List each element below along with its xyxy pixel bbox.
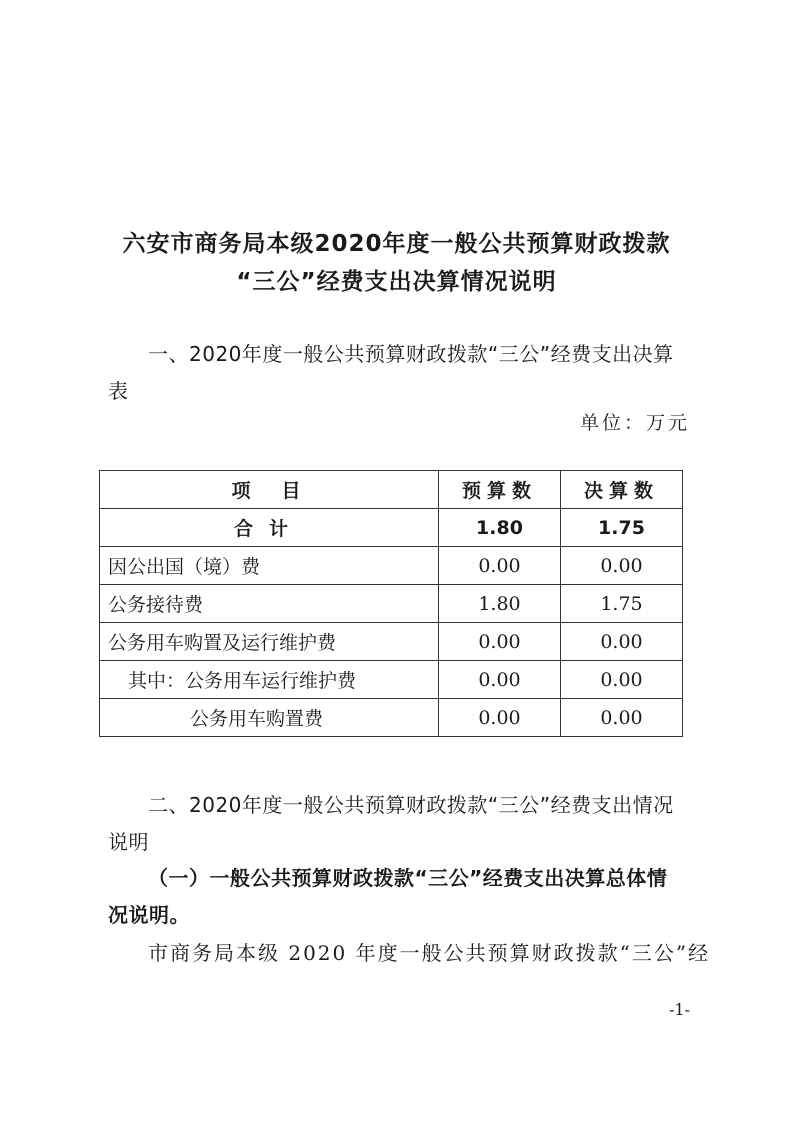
header-budget: 预算数 <box>439 471 561 509</box>
row-budget: 0.00 <box>439 547 561 585</box>
row-budget: 0.00 <box>439 623 561 661</box>
row-item: 公务用车购置及运行维护费 <box>100 623 439 661</box>
row-actual: 1.75 <box>561 509 683 547</box>
header-item: 项 目 <box>100 471 439 509</box>
table-row: 因公出国（境）费 0.00 0.00 <box>100 547 683 585</box>
header-actual: 决算数 <box>561 471 683 509</box>
table-row: 其中：公务用车运行维护费 0.00 0.00 <box>100 661 683 699</box>
unit-label: 单位：万元 <box>580 408 690 435</box>
row-actual: 1.75 <box>561 585 683 623</box>
table-row: 公务用车购置及运行维护费 0.00 0.00 <box>100 623 683 661</box>
three-public-expenses-table: 项 目 预算数 决算数 合计 1.80 1.75 因公出国（境）费 0.00 0… <box>99 470 683 737</box>
row-actual: 0.00 <box>561 661 683 699</box>
row-actual: 0.00 <box>561 623 683 661</box>
table-header-row: 项 目 预算数 决算数 <box>100 471 683 509</box>
row-item: 公务用车购置费 <box>100 699 439 737</box>
table-row-total: 合计 1.80 1.75 <box>100 509 683 547</box>
row-budget: 0.00 <box>439 661 561 699</box>
row-budget: 1.80 <box>439 585 561 623</box>
document-title-line2: “三公”经费支出决算情况说明 <box>0 263 793 296</box>
subsection-heading-cont: 况说明。 <box>108 899 190 928</box>
row-actual: 0.00 <box>561 547 683 585</box>
row-actual: 0.00 <box>561 699 683 737</box>
body-paragraph: 市商务局本级 2020 年度一般公共预算财政拨款“三公”经 <box>148 937 710 966</box>
table-row: 公务接待费 1.80 1.75 <box>100 585 683 623</box>
row-item: 其中：公务用车运行维护费 <box>100 661 439 699</box>
row-budget: 0.00 <box>439 699 561 737</box>
page-number: -1- <box>669 1000 690 1019</box>
row-item: 公务接待费 <box>100 585 439 623</box>
section1-heading: 一、2020年度一般公共预算财政拨款“三公”经费支出决算 <box>148 338 674 367</box>
section1-heading-cont: 表 <box>108 375 129 404</box>
row-item: 合计 <box>100 509 439 547</box>
document-title-line1: 六安市商务局本级2020年度一般公共预算财政拨款 <box>0 225 793 258</box>
table-row: 公务用车购置费 0.00 0.00 <box>100 699 683 737</box>
section2-heading-cont: 说明 <box>108 826 149 855</box>
row-item: 因公出国（境）费 <box>100 547 439 585</box>
subsection-heading: （一）一般公共预算财政拨款“三公”经费支出决算总体情 <box>148 862 667 891</box>
section2-heading: 二、2020年度一般公共预算财政拨款“三公”经费支出情况 <box>148 789 674 818</box>
row-budget: 1.80 <box>439 509 561 547</box>
